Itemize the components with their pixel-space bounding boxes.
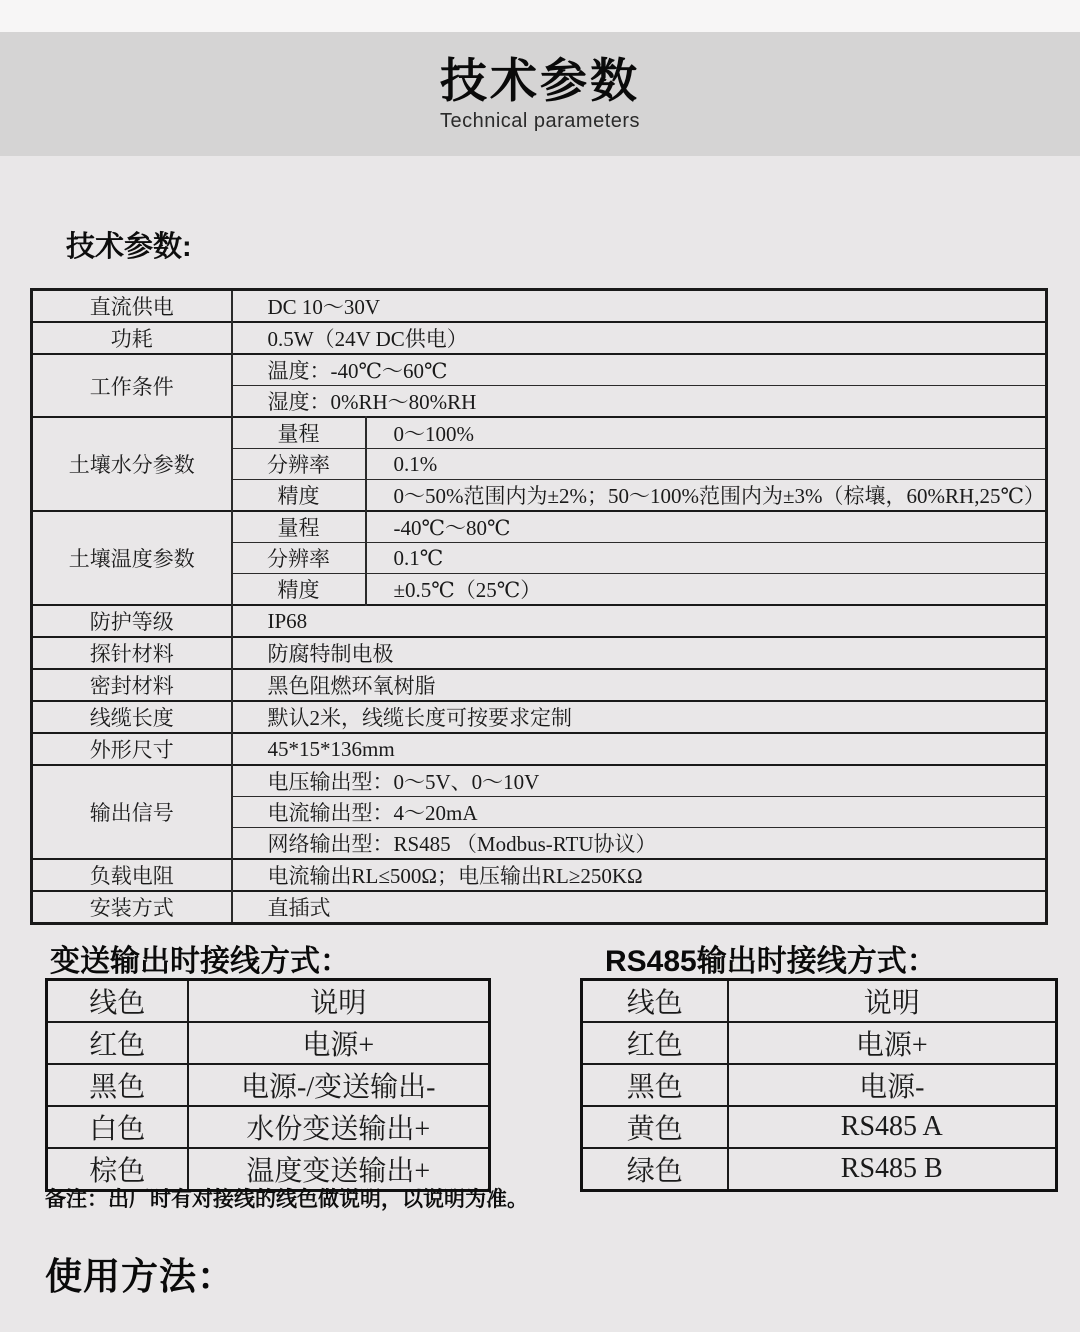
spec-row: 密封材料 黑色阻燃环氧树脂	[32, 669, 1047, 701]
table-row: 红色 电源+	[47, 1022, 490, 1064]
table-cell: 电源+	[188, 1022, 490, 1064]
table-cell: 水份变送输出+	[188, 1106, 490, 1148]
spec-sub-label: 精度	[232, 574, 366, 606]
spec-sub-label: 量程	[232, 417, 366, 449]
wiring-transmitter-table: 线色 说明 红色 电源+ 黑色 电源-/变送输出- 白色 水份变送输出+ 棕色 …	[45, 978, 491, 1192]
spec-label: 直流供电	[32, 290, 232, 323]
table-cell: 黑色	[47, 1064, 188, 1106]
spec-label: 探针材料	[32, 637, 232, 669]
spec-label: 负载电阻	[32, 859, 232, 891]
spec-label: 外形尺寸	[32, 733, 232, 765]
spec-table: 直流供电 DC 10～30V 功耗 0.5W（24V DC供电） 工作条件 温度…	[30, 288, 1048, 925]
spec-sub-label: 精度	[232, 480, 366, 512]
technical-parameters-page: 技术参数 Technical parameters 技术参数: 直流供电 DC …	[0, 0, 1080, 1332]
table-cell: RS485 A	[728, 1106, 1057, 1148]
spec-value: 0.5W（24V DC供电）	[232, 322, 1047, 354]
spec-sub-label: 量程	[232, 511, 366, 543]
spec-value: ±0.5℃（25℃）	[366, 574, 1047, 606]
spec-row: 线缆长度 默认2米，线缆长度可按要求定制	[32, 701, 1047, 733]
table-cell: 白色	[47, 1106, 188, 1148]
table-cell: 绿色	[582, 1148, 728, 1191]
header-banner: 技术参数 Technical parameters	[0, 32, 1080, 156]
spec-row: 外形尺寸 45*15*136mm	[32, 733, 1047, 765]
table-row: 黄色 RS485 A	[582, 1106, 1057, 1148]
table-cell: 红色	[47, 1022, 188, 1064]
spec-row: 直流供电 DC 10～30V	[32, 290, 1047, 323]
spec-row: 土壤温度参数 量程 -40℃～80℃	[32, 511, 1047, 543]
spec-label: 土壤水分参数	[32, 417, 232, 511]
spec-label: 工作条件	[32, 354, 232, 417]
spec-sub-label: 分辨率	[232, 449, 366, 480]
top-strip	[0, 0, 1080, 32]
table-row: 黑色 电源-	[582, 1064, 1057, 1106]
spec-value: 默认2米，线缆长度可按要求定制	[232, 701, 1047, 733]
banner-title: 技术参数	[440, 55, 640, 107]
table-header-cell: 说明	[188, 980, 490, 1023]
spec-row: 探针材料 防腐特制电极	[32, 637, 1047, 669]
wiring-transmitter-title: 变送输出时接线方式：	[50, 936, 350, 980]
spec-value: 0～50%范围内为±2%；50～100%范围内为±3%（棕壤，60%RH,25℃…	[366, 480, 1047, 512]
table-cell: 黄色	[582, 1106, 728, 1148]
table-row: 黑色 电源-/变送输出-	[47, 1064, 490, 1106]
spec-value: 电流输出RL≤500Ω；电压输出RL≥250KΩ	[232, 859, 1047, 891]
table-row: 红色 电源+	[582, 1022, 1057, 1064]
table-cell: 红色	[582, 1022, 728, 1064]
spec-value: 45*15*136mm	[232, 733, 1047, 765]
wiring-rs485-table: 线色 说明 红色 电源+ 黑色 电源- 黄色 RS485 A 绿色 RS485 …	[580, 978, 1058, 1192]
spec-value: 0.1℃	[366, 543, 1047, 574]
spec-label: 安装方式	[32, 891, 232, 924]
usage-section-title: 使用方法：	[45, 1246, 235, 1300]
table-header-row: 线色 说明	[582, 980, 1057, 1023]
spec-value: 网络输出型：RS485 （Modbus-RTU协议）	[232, 828, 1047, 860]
spec-value: 湿度：0%RH～80%RH	[232, 386, 1047, 418]
spec-label: 土壤温度参数	[32, 511, 232, 605]
table-cell: 黑色	[582, 1064, 728, 1106]
spec-value: DC 10～30V	[232, 290, 1047, 323]
spec-value: 电流输出型：4～20mA	[232, 797, 1047, 828]
table-header-cell: 线色	[47, 980, 188, 1023]
table-header-cell: 线色	[582, 980, 728, 1023]
spec-label: 线缆长度	[32, 701, 232, 733]
table-row: 白色 水份变送输出+	[47, 1106, 490, 1148]
banner-subtitle: Technical parameters	[440, 110, 640, 133]
spec-row: 工作条件 温度：-40℃～60℃	[32, 354, 1047, 386]
spec-row: 功耗 0.5W（24V DC供电）	[32, 322, 1047, 354]
spec-row: 输出信号 电压输出型：0～5V、0～10V	[32, 765, 1047, 797]
spec-row: 土壤水分参数 量程 0～100%	[32, 417, 1047, 449]
spec-label: 输出信号	[32, 765, 232, 859]
table-cell: 电源+	[728, 1022, 1057, 1064]
spec-label: 密封材料	[32, 669, 232, 701]
spec-value: 黑色阻燃环氧树脂	[232, 669, 1047, 701]
spec-value: IP68	[232, 605, 1047, 637]
table-cell: 电源-	[728, 1064, 1057, 1106]
note-text: 备注：出厂时有对接线的线色做说明，以说明为准。	[45, 1183, 528, 1213]
spec-row: 安装方式 直插式	[32, 891, 1047, 924]
spec-row: 防护等级 IP68	[32, 605, 1047, 637]
section-title: 技术参数:	[66, 224, 192, 265]
spec-value: 直插式	[232, 891, 1047, 924]
spec-value: 0.1%	[366, 449, 1047, 480]
spec-value: -40℃～80℃	[366, 511, 1047, 543]
spec-value: 温度：-40℃～60℃	[232, 354, 1047, 386]
spec-row: 负载电阻 电流输出RL≤500Ω；电压输出RL≥250KΩ	[32, 859, 1047, 891]
table-header-row: 线色 说明	[47, 980, 490, 1023]
spec-value: 防腐特制电极	[232, 637, 1047, 669]
spec-sub-label: 分辨率	[232, 543, 366, 574]
wiring-rs485-title: RS485输出时接线方式：	[605, 936, 937, 980]
spec-label: 防护等级	[32, 605, 232, 637]
table-row: 绿色 RS485 B	[582, 1148, 1057, 1191]
table-cell: RS485 B	[728, 1148, 1057, 1191]
spec-value: 电压输出型：0～5V、0～10V	[232, 765, 1047, 797]
table-cell: 电源-/变送输出-	[188, 1064, 490, 1106]
table-header-cell: 说明	[728, 980, 1057, 1023]
spec-label: 功耗	[32, 322, 232, 354]
spec-value: 0～100%	[366, 417, 1047, 449]
